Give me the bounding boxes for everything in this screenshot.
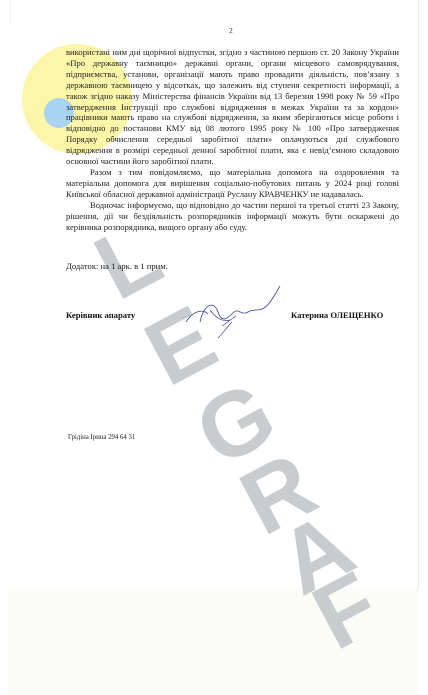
paragraph-material-aid: Разом з тим повідомляємо, що матеріальна… bbox=[66, 167, 399, 200]
attachment-note: Додаток: на 1 арк. в 1 прим. bbox=[66, 261, 168, 271]
document-page: L E G R A F 2 використані ним дні щорічн… bbox=[0, 0, 428, 695]
executor-contact: Грідіна Ірина 294 64 31 bbox=[68, 434, 135, 441]
signer-name: Катерина ОЛЕЩЕНКО bbox=[291, 310, 383, 320]
letter-body: використані ним дні щорічної відпустки, … bbox=[66, 47, 399, 232]
document-content: 2 використані ним дні щорічної відпустки… bbox=[0, 0, 428, 695]
paragraph-continuation: використані ним дні щорічної відпустки, … bbox=[66, 47, 399, 167]
signature-icon bbox=[178, 282, 288, 342]
page-number: 2 bbox=[229, 26, 233, 35]
signer-title: Керівник апарату bbox=[66, 310, 135, 320]
paragraph-appeal-rights: Водночас інформуємо, що відповідно до ча… bbox=[66, 200, 399, 233]
